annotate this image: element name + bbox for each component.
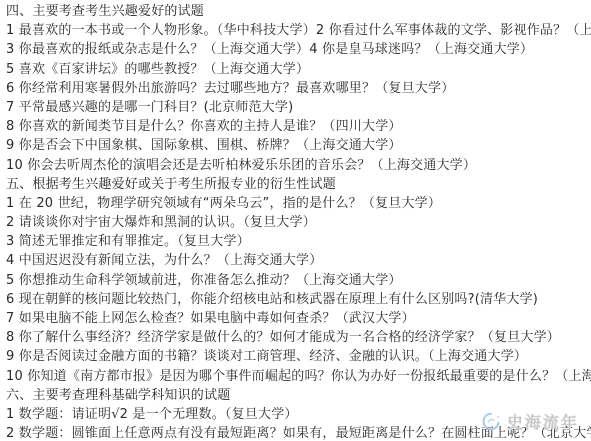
question-line: 1 最喜欢的一本书或一个人物形象。（华中科技大学）2 你看过什么军事体裁的文学、… — [6, 21, 591, 40]
section-heading: 四、主要考查考生兴趣爱好的试题 — [6, 2, 591, 21]
question-line: 3 你最喜欢的报纸或杂志是什么？（上海交通大学）4 你是皇马球迷吗？（上海交通大… — [6, 40, 591, 59]
watermark-text: 史海流年 — [507, 410, 579, 433]
swirl-logo-icon — [480, 411, 502, 433]
question-line: 8 你喜欢的新闻类节目是什么？你喜欢的主持人是谁？（四川大学） — [6, 117, 591, 136]
question-list: 四、主要考查考生兴趣爱好的试题1 最喜欢的一本书或一个人物形象。（华中科技大学）… — [6, 2, 591, 441]
question-line: 9 你是否会下中国象棋、国际象棋、围棋、桥牌？（上海交通大学） — [6, 136, 591, 155]
question-line: 5 你想推动生命科学领域前进，你准备怎么推动？（上海交通大学） — [6, 271, 591, 290]
question-line: 1 在 20 世纪，物理学研究领域有“两朵乌云”，指的是什么？（复旦大学） — [6, 194, 591, 213]
question-line: 6 现在朝鲜的核问题比较热门，你能介绍核电站和核武器在原理上有什么区别吗?(清华… — [6, 290, 591, 309]
question-line: 5 喜欢《百家讲坛》的哪些教授？（上海交通大学） — [6, 60, 591, 79]
question-line: 9 你是否阅读过金融方面的书籍？谈谈对工商管理、经济、金融的认识。（上海交通大学… — [6, 347, 591, 366]
section-heading: 五、根据考生兴趣爱好或关于考生所报专业的衍生性试题 — [6, 175, 591, 194]
question-line: 3 简述无罪推定和有罪推定。（复旦大学） — [6, 232, 591, 251]
document-page: 四、主要考查考生兴趣爱好的试题1 最喜欢的一本书或一个人物形象。（华中科技大学）… — [0, 0, 591, 441]
question-line: 7 如果电脑不能上网怎么检查？如果电脑中毒如何查杀？（武汉大学） — [6, 309, 591, 328]
question-line: 10 你知道《南方都市报》是因为哪个事件而崛起的吗？你认为办好一份报纸最重要的是… — [6, 367, 591, 386]
watermark: 史海流年 — [480, 410, 579, 433]
question-line: 8 你了解什么事经济？经济学家是做什么的？如何才能成为一名合格的经济学家？（复旦… — [6, 328, 591, 347]
question-line: 7 平常最感兴趣的是哪一门科目？(北京师范大学) — [6, 98, 591, 117]
question-line: 6 你经常利用寒暑假外出旅游吗？去过哪些地方？最喜欢哪里？（复旦大学） — [6, 79, 591, 98]
section-heading: 六、主要考查理科基础学科知识的试题 — [6, 386, 591, 405]
question-line: 4 中国迟迟没有新闻立法，为什么？（上海交通大学） — [6, 251, 591, 270]
question-line: 2 请谈谈你对宇宙大爆炸和黑洞的认识。（复旦大学） — [6, 213, 591, 232]
question-line: 10 你会去听周杰伦的演唱会还是去听柏林爱乐乐团的音乐会？（上海交通大学） — [6, 156, 591, 175]
